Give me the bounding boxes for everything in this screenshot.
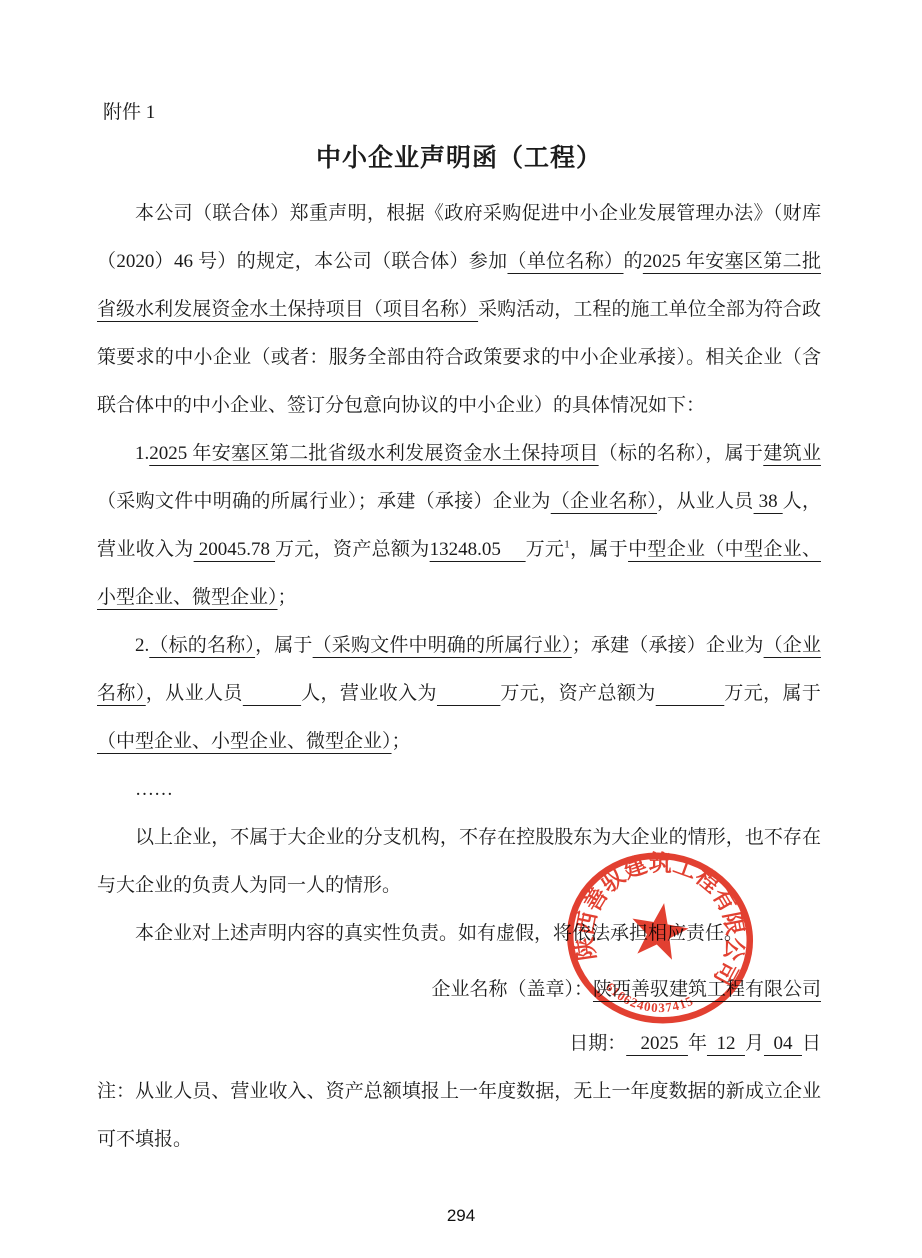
date-line: 日期： 2025 年 12 月 04 日 [97,1020,821,1068]
paragraph-item-1: 1.2025 年安塞区第二批省级水利发展资金水土保持项目（标的名称），属于建筑业… [97,430,821,622]
signature-line: 企业名称（盖章）：陕西善驭建筑工程有限公司 [97,966,821,1014]
document-page: 附件 1 中小企业声明函（工程） 本公司（联合体）郑重声明，根据《政府采购促进中… [0,0,922,1258]
page-number: 294 [0,1206,922,1226]
document-content: 附件 1 中小企业声明函（工程） 本公司（联合体）郑重声明，根据《政府采购促进中… [0,0,922,1164]
paragraph-item-2: 2.（标的名称），属于（采购文件中明确的所属行业）；承建（承接）企业为（企业名称… [97,622,821,766]
paragraph-no-branch: 以上企业，不属于大企业的分支机构，不存在控股股东为大企业的情形，也不存在与大企业… [97,814,821,910]
paragraph-responsibility: 本企业对上述声明内容的真实性负责。如有虚假，将依法承担相应责任。 [97,910,821,958]
attachment-label: 附件 1 [103,100,821,126]
paragraph-ellipsis: …… [97,766,821,814]
footnote-line: 注：从业人员、营业收入、资产总额填报上一年度数据，无上一年度数据的新成立企业可不… [97,1068,821,1164]
paragraph-declaration: 本公司（联合体）郑重声明，根据《政府采购促进中小企业发展管理办法》（财库（202… [97,190,821,430]
page-title: 中小企业声明函（工程） [97,142,821,176]
